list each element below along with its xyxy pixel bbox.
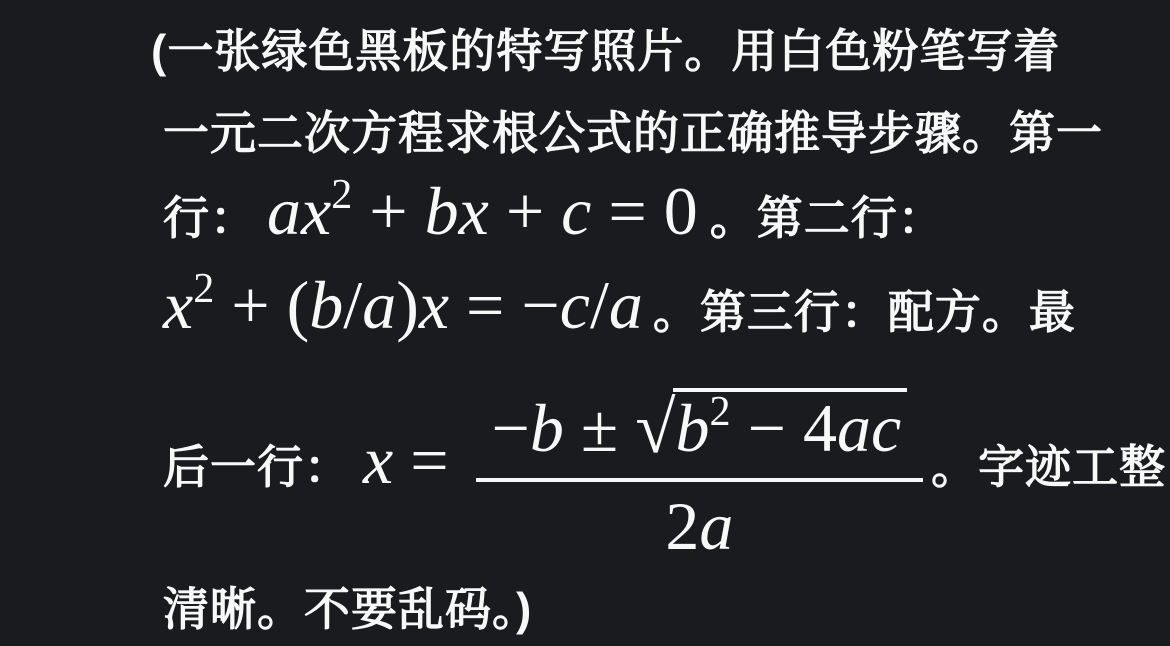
- fraction-numerator: −b ± √ b2 − 4ac: [476, 382, 924, 481]
- square-root-expression: √ b2 − 4ac: [635, 388, 907, 463]
- sqrt-radical-sign: √: [635, 391, 675, 464]
- message-text-canvas: (一张绿色黑板的特写照片。用白色粉笔写着 一元二次方程求根公式的正确推导步骤。第…: [0, 0, 1170, 646]
- inline-math-standard-form-equation: ax2 + bx + c = 0: [267, 173, 698, 249]
- text-line-1: (一张绿色黑板的特写照片。用白色粉笔写着: [163, 10, 1170, 92]
- text-line-6: 清晰。不要乱码。): [163, 572, 1170, 646]
- line3-suffix-text: 。第二行：: [710, 192, 945, 244]
- line3-prefix-text: 行：: [163, 192, 257, 244]
- line6-text: 清晰。不要乱码。): [163, 583, 532, 635]
- inline-math-x-equals: x =: [363, 422, 466, 498]
- line1-text: (一张绿色黑板的特写照片。用白色粉笔写着: [151, 25, 1060, 77]
- inline-math-divided-form-equation: x2 + (b/a)x = −c/a: [163, 267, 643, 343]
- quadratic-formula-fraction: −b ± √ b2 − 4ac 2a: [476, 382, 924, 559]
- radicand-discriminant-math: b2 − 4ac: [673, 388, 908, 462]
- line5-prefix-text: 后一行：: [163, 441, 351, 493]
- text-line-3: 行：ax2 + bx + c = 0。第二行：: [163, 174, 1170, 262]
- text-line-4: x2 + (b/a)x = −c/a。第三行：配方。最: [163, 262, 1170, 362]
- line2-text: 一元二次方程求根公式的正确推导步骤。第一: [163, 107, 1103, 159]
- fraction-denominator-math: 2a: [665, 482, 733, 560]
- text-line-2: 一元二次方程求根公式的正确推导步骤。第一: [163, 92, 1170, 174]
- line5-suffix-text: 。字迹工整: [931, 441, 1166, 493]
- text-line-5: 后一行：x = −b ± √ b2 − 4ac 2a 。字迹工整: [163, 362, 1170, 572]
- line4-suffix-text: 。第三行：配方。最: [653, 286, 1076, 338]
- numerator-prefix-math: −b ±: [492, 394, 636, 462]
